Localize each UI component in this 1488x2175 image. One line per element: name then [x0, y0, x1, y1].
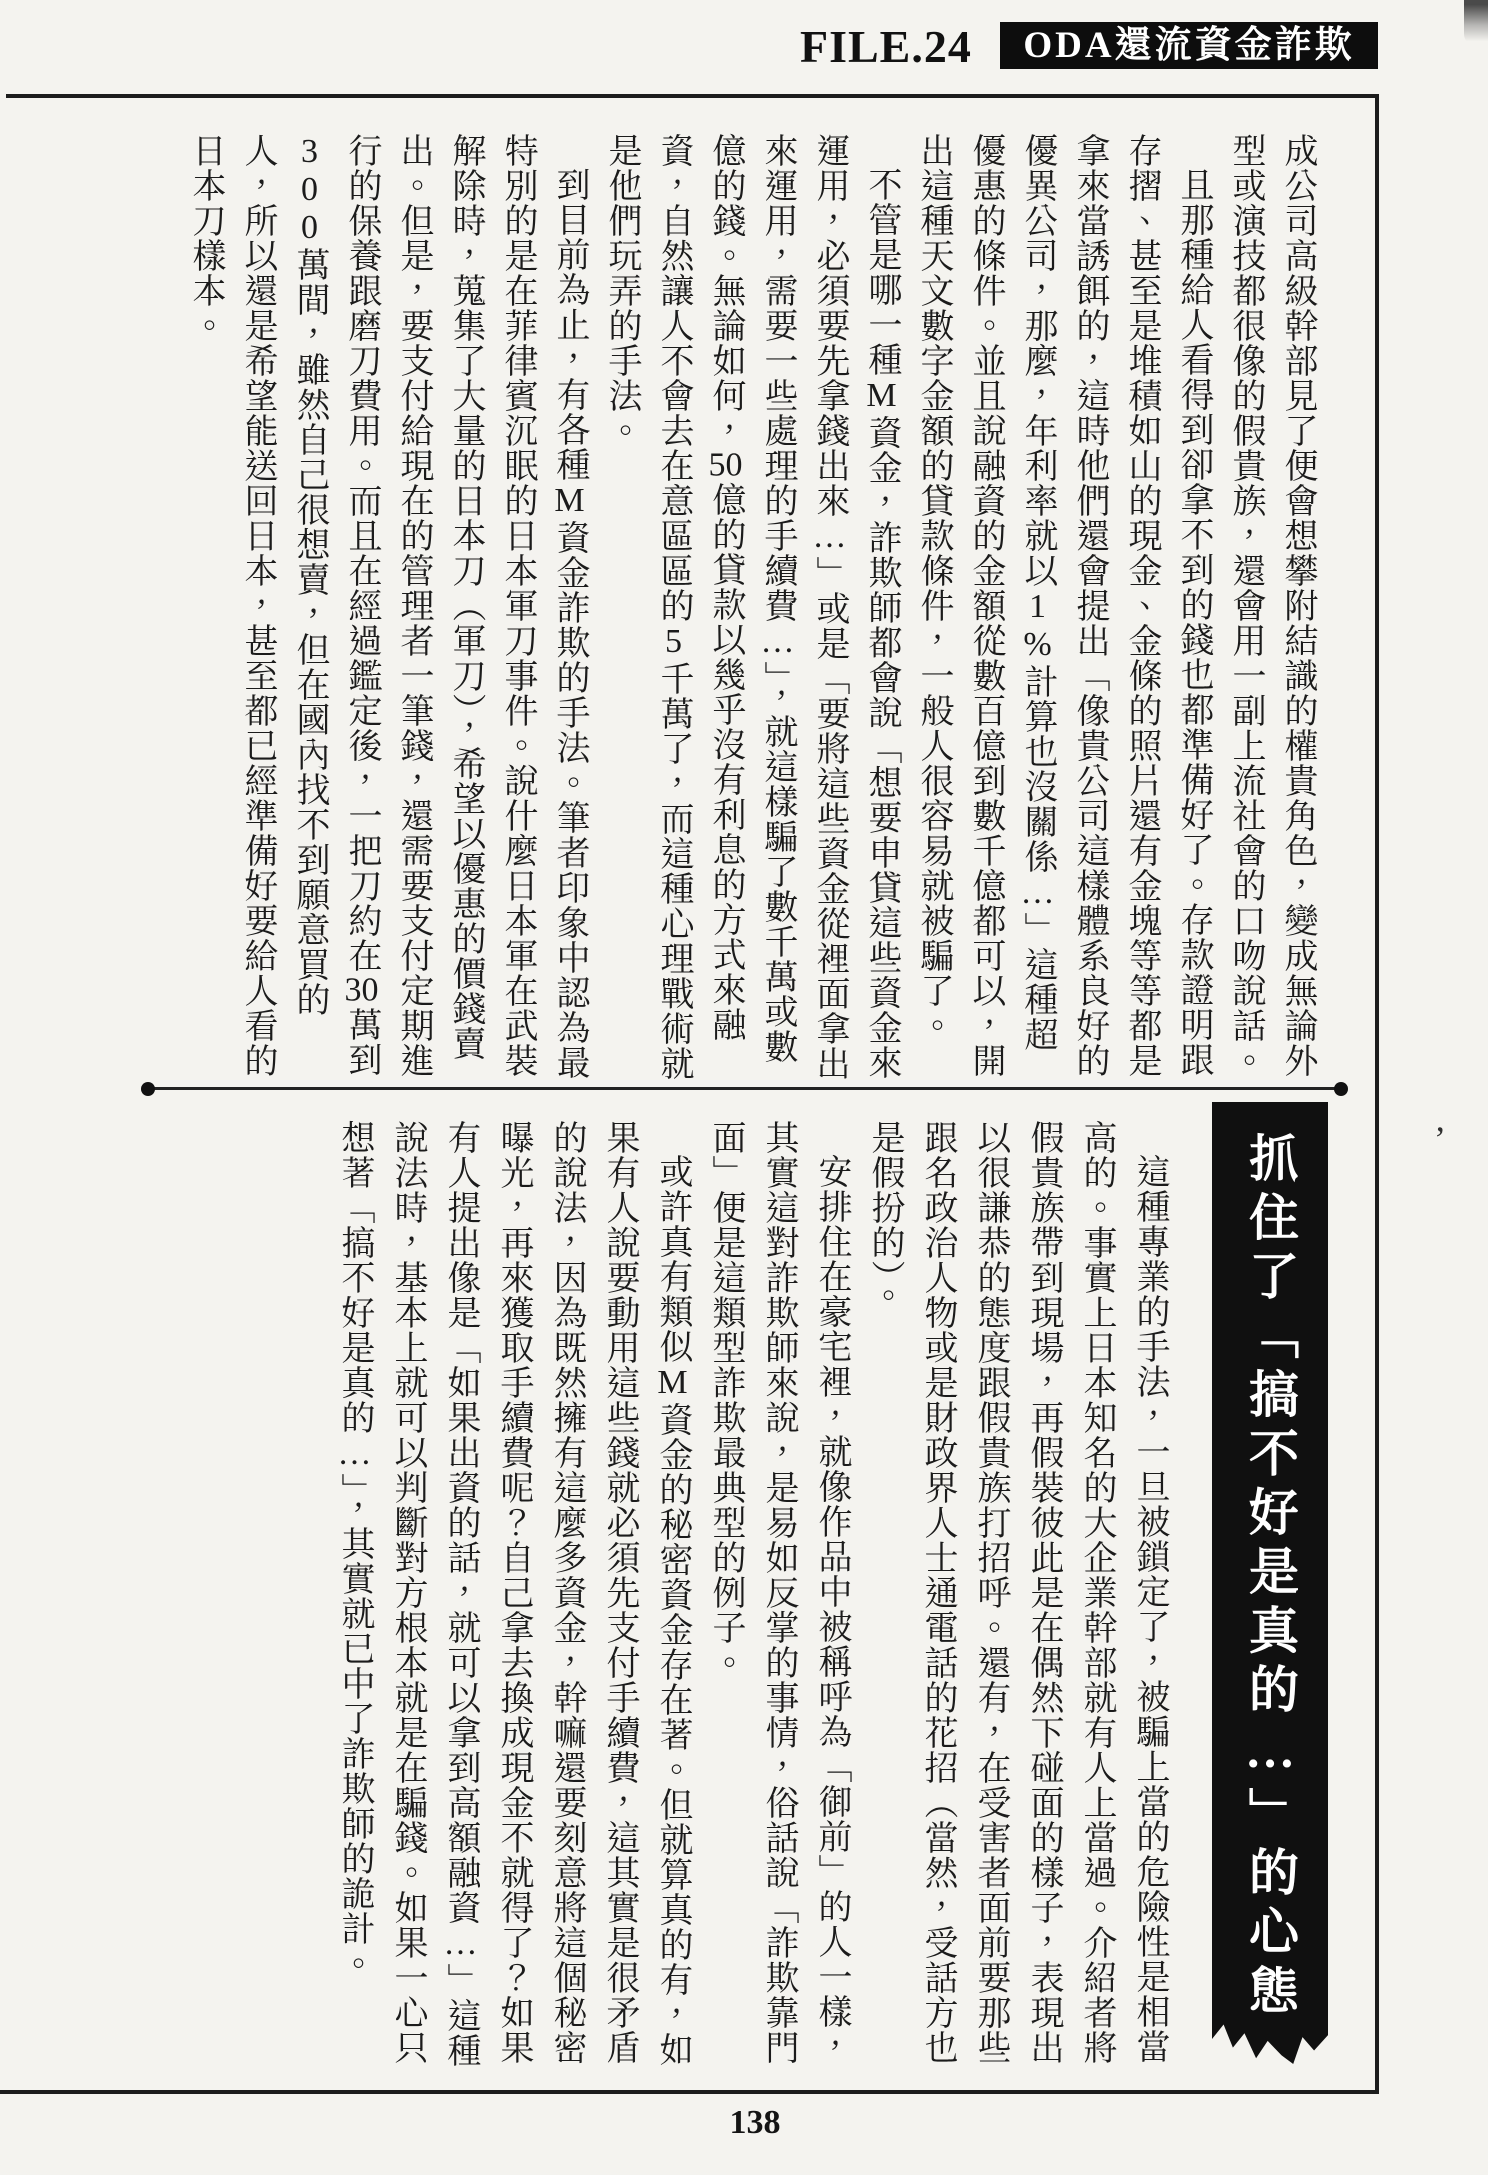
paragraph: 成公司高級幹部見了便會想攀附結識的權貴角色，變成無論外型或演技都很像的假貴族，還…: [1219, 133, 1323, 1081]
divider-dot-right: [1334, 1082, 1348, 1096]
scanned-book-page: FILE.24 ODA還流資金詐欺 成公司高級幹部見了便會想攀附結識的權貴角色，…: [0, 0, 1488, 2175]
lower-text-block: 這種專業的手法，一旦被鎖定了，被騙上當的危險性是相當高的。事實上日本知名的大企業…: [328, 1120, 1176, 2068]
upper-text-block: 成公司高級幹部見了便會想攀附結識的權貴角色，變成無論外型或演技都很像的假貴族，還…: [179, 133, 1323, 1081]
right-rule: [1375, 94, 1379, 2094]
chapter-title-text: ODA還流資金詐欺: [1023, 22, 1354, 69]
paragraph: 不管是哪一種M資金，詐欺師都會說「想要申貸這些資金來運用，必須要先拿錢出來…」或…: [595, 133, 907, 1081]
paragraph: 這種專業的手法，一旦被鎖定了，被騙上當的危險性是相當高的。事實上日本知名的大企業…: [858, 1120, 1176, 2068]
paragraph: 到目前為止，有各種M資金詐欺的手法。筆者印象中認為最特別的是在菲律賓沉眠的日本軍…: [179, 133, 595, 1081]
chapter-title-banner: ODA還流資金詐欺: [1000, 22, 1378, 69]
section-heading-text: 抓住了「搞不好是真的…」的心態: [1234, 1102, 1306, 2064]
bottom-rule: [0, 2090, 1379, 2094]
section-heading-banner: 抓住了「搞不好是真的…」的心態: [1212, 1102, 1328, 2064]
page-number: 138: [705, 2104, 805, 2142]
paragraph: 或許真有類似M資金的秘密資金存在著。但就算真的有，如果有人說要動用這些錢就必須先…: [328, 1120, 699, 2068]
section-divider-line: [148, 1087, 1341, 1090]
paragraph: 安排住在豪宅裡，就像作品中被稱呼為「御前」的人一樣，其實這對詐欺師來說，是易如反…: [699, 1120, 858, 2068]
stray-ink-mark: ’: [1434, 1118, 1446, 1160]
divider-dot-left: [141, 1082, 155, 1096]
top-rule: [6, 94, 1379, 98]
paragraph: 且那種給人看得到卻拿不到的錢也都準備好了。存款證明跟存摺、甚至是堆積如山的現金、…: [907, 133, 1219, 1081]
scan-smudge: [1464, 0, 1488, 46]
file-number-label: FILE.24: [800, 20, 972, 73]
